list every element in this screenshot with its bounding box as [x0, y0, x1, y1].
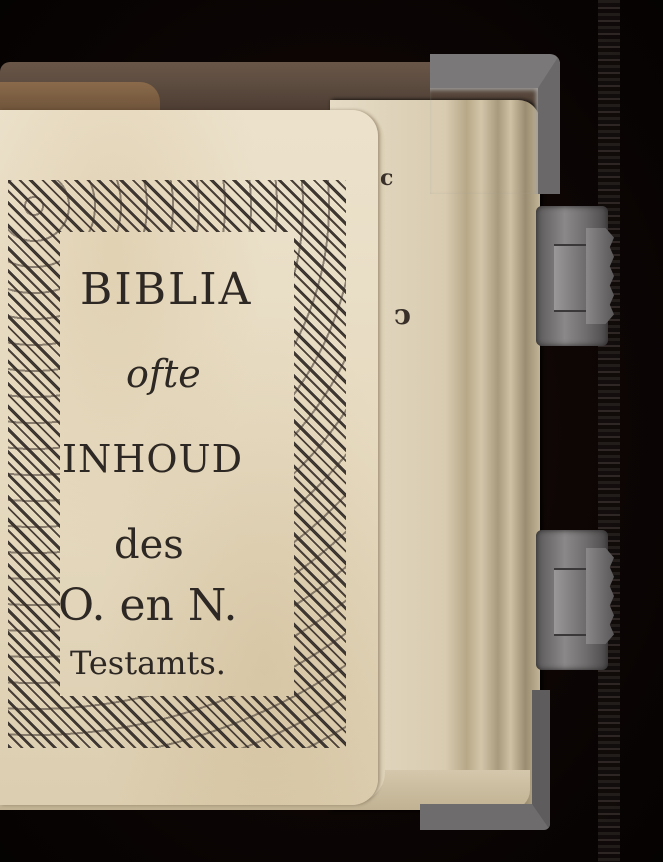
title-line-inhoud: INHOUD: [62, 437, 243, 481]
title-line-des: des: [114, 522, 184, 568]
title-line-testamts: Testamts.: [70, 644, 226, 682]
title-line-biblia: BIBLIA: [80, 264, 252, 315]
title-line-o-en-n: O. en N.: [58, 580, 238, 631]
bleed-through-mark-1: c: [380, 165, 393, 191]
silver-corner-top-icon: [430, 54, 560, 194]
title-text-block: BIBLIA ofte INHOUD des O. en N. Testamts…: [58, 232, 288, 692]
title-line-ofte: ofte: [126, 352, 201, 396]
clasp-tab-upper: [586, 228, 614, 324]
velvet-background-edge: [598, 0, 620, 862]
silver-corner-bottom-icon: [420, 690, 550, 830]
bleed-through-mark-2: ↄ: [394, 298, 411, 331]
clasp-tab-lower: [586, 548, 614, 644]
